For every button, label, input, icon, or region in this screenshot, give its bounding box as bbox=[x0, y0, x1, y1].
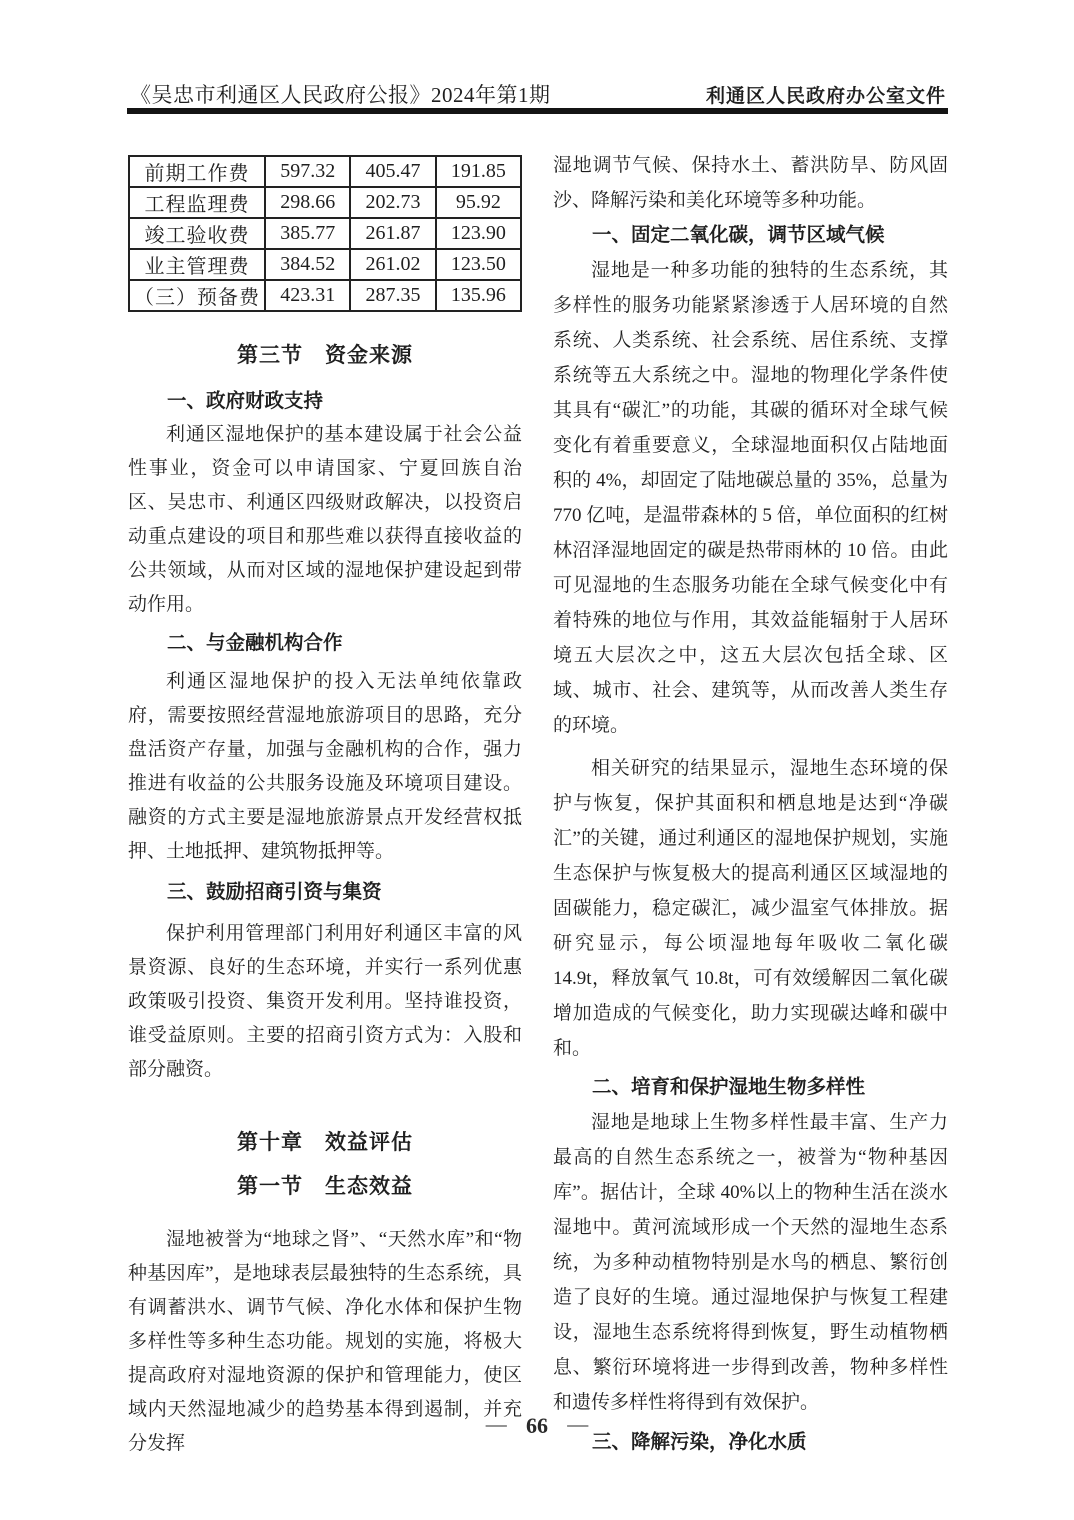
table-cell: 597.32 bbox=[265, 156, 350, 187]
table-row: 工程监理费 298.66 202.73 95.92 bbox=[129, 187, 521, 218]
table-cell: 287.35 bbox=[350, 280, 435, 311]
table-cell: 405.47 bbox=[350, 156, 435, 187]
table-cell: 384.52 bbox=[265, 249, 350, 280]
paragraph-financing: 利通区湿地保护的投入无法单纯依靠政府，需要按照经营湿地旅游项目的思路，充分盘活资… bbox=[128, 665, 522, 869]
header-double-rule bbox=[127, 108, 948, 114]
paragraph-biodiversity: 湿地是地球上生物多样性最丰富、生产力最高的自然生态系统之一，被誉为“物种基因库”… bbox=[553, 1105, 948, 1420]
page-footer: — 66 — bbox=[0, 1413, 1074, 1439]
table-row: 业主管理费 384.52 261.02 123.50 bbox=[129, 249, 521, 280]
subheading-investment-promotion: 三、鼓励招商引资与集资 bbox=[128, 875, 522, 909]
table-cell-label: 工程监理费 bbox=[129, 187, 265, 218]
footer-dash-left: — bbox=[486, 1412, 507, 1436]
table-row: 前期工作费 597.32 405.47 191.85 bbox=[129, 156, 521, 187]
subheading-government-financial-support: 一、政府财政支持 bbox=[128, 384, 522, 418]
paragraph-carbon-sink: 湿地是一种多功能的独特的生态系统，其多样性的服务功能紧紧渗透于人居环境的自然系统… bbox=[553, 253, 948, 743]
table-cell-label: （三）预备费 bbox=[129, 280, 265, 311]
table-cell: 261.02 bbox=[350, 249, 435, 280]
paragraph-investment: 保护利用管理部门利用好利通区丰富的风景资源、良好的生态环境，并实行一系列优惠政策… bbox=[128, 917, 522, 1087]
table-cell: 135.96 bbox=[436, 280, 521, 311]
table-cell: 423.31 bbox=[265, 280, 350, 311]
document-page: 《吴忠市利通区人民政府公报》2024年第1期 利通区人民政府办公室文件 前期工作… bbox=[0, 0, 1074, 1520]
table-cell: 261.87 bbox=[350, 218, 435, 249]
paragraph-carbon-research: 相关研究的结果显示，湿地生态环境的保护与恢复，保护其面积和栖息地是达到“净碳汇”… bbox=[553, 751, 948, 1066]
section-heading-funding-sources: 第三节 资金来源 bbox=[128, 342, 522, 370]
table-cell: 123.90 bbox=[436, 218, 521, 249]
table-row: 竣工验收费 385.77 261.87 123.90 bbox=[129, 218, 521, 249]
subheading-financial-institution-cooperation: 二、与金融机构合作 bbox=[128, 626, 522, 660]
table-cell-label: 竣工验收费 bbox=[129, 218, 265, 249]
document-source-title: 利通区人民政府办公室文件 bbox=[706, 81, 946, 108]
table-cell-label: 前期工作费 bbox=[129, 156, 265, 187]
table-cell: 191.85 bbox=[436, 156, 521, 187]
table-cell: 298.66 bbox=[265, 187, 350, 218]
table-row: （三）预备费 423.31 287.35 135.96 bbox=[129, 280, 521, 311]
left-column: 前期工作费 597.32 405.47 191.85 工程监理费 298.66 … bbox=[128, 155, 522, 1461]
paragraph-continuation: 湿地调节气候、保持水土、蓄洪防旱、防风固沙、降解污染和美化环境等多种功能。 bbox=[553, 148, 948, 218]
table-cell: 202.73 bbox=[350, 187, 435, 218]
table-cell: 385.77 bbox=[265, 218, 350, 249]
page-number: 66 bbox=[526, 1413, 548, 1438]
chapter-heading-benefit-evaluation: 第十章 效益评估 bbox=[128, 1129, 522, 1157]
subheading-carbon-fixation: 一、固定二氧化碳，调节区域气候 bbox=[553, 218, 948, 253]
table-cell: 123.50 bbox=[436, 249, 521, 280]
right-column: 湿地调节气候、保持水土、蓄洪防旱、防风固沙、降解污染和美化环境等多种功能。 一、… bbox=[553, 148, 948, 1460]
gazette-title: 《吴忠市利通区人民政府公报》2024年第1期 bbox=[130, 79, 551, 109]
section-heading-ecological-benefits: 第一节 生态效益 bbox=[128, 1173, 522, 1201]
table-cell: 95.92 bbox=[436, 187, 521, 218]
footer-dash-right: — bbox=[567, 1412, 588, 1436]
paragraph-government-support: 利通区湿地保护的基本建设属于社会公益性事业，资金可以申请国家、宁夏回族自治区、吴… bbox=[128, 418, 522, 622]
table-cell-label: 业主管理费 bbox=[129, 249, 265, 280]
subheading-biodiversity: 二、培育和保护湿地生物多样性 bbox=[553, 1070, 948, 1105]
cost-table: 前期工作费 597.32 405.47 191.85 工程监理费 298.66 … bbox=[128, 155, 522, 312]
